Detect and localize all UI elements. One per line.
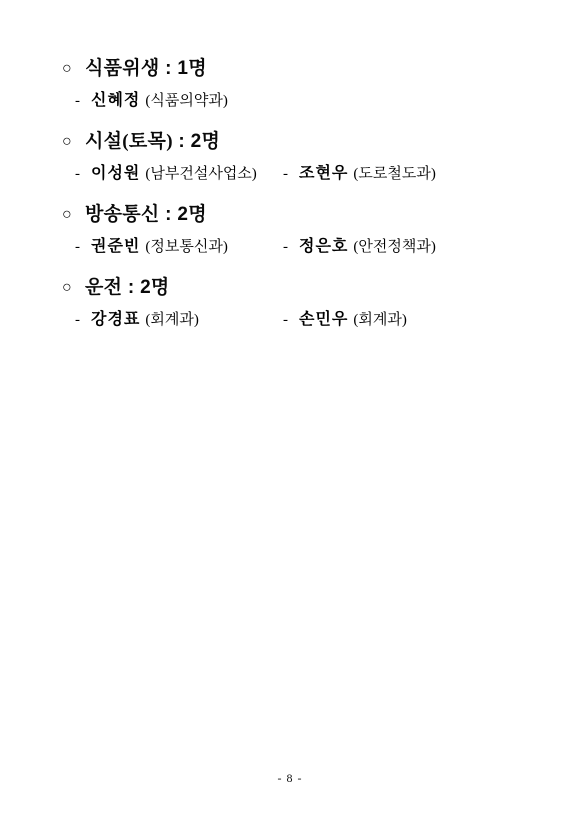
circle-bullet-icon: ○ [62, 203, 72, 227]
section-food-hygiene: ○식품위생 : 1명 -신혜정(식품의약과) [0, 57, 580, 112]
section-heading: ○운전 : 2명 [62, 276, 580, 301]
member-entry: -이성원(남부건설사업소) [75, 163, 283, 185]
section-title-paren: (토목) [122, 131, 173, 152]
section-title: 방송통신 [85, 204, 160, 225]
member-entry: -권준빈(정보통신과) [75, 236, 283, 258]
dash-bullet: - [75, 236, 80, 258]
member-entry: -손민우(회계과) [283, 309, 407, 331]
member-row: -이성원(남부건설사업소) -조현우(도로철도과) [75, 163, 580, 185]
member-department: (회계과) [145, 312, 198, 328]
circle-bullet-icon: ○ [62, 57, 72, 81]
member-entry: -강경표(회계과) [75, 309, 283, 331]
document-page: ○식품위생 : 1명 -신혜정(식품의약과) ○시설(토목) : 2명 -이성원… [0, 0, 580, 820]
member-name: 조현우 [299, 165, 348, 182]
page-number: - 8 - [0, 771, 580, 786]
member-row: -강경표(회계과) -손민우(회계과) [75, 309, 580, 331]
section-title: 운전 [85, 277, 122, 298]
circle-bullet-icon: ○ [62, 130, 72, 154]
member-department: (식품의약과) [145, 93, 227, 109]
section-broadcast-communications: ○방송통신 : 2명 -권준빈(정보통신과) -정은호(안전정책과) [0, 203, 580, 258]
member-entry: -조현우(도로철도과) [283, 163, 436, 185]
dash-bullet: - [75, 309, 80, 331]
section-count: : 1명 [160, 58, 207, 79]
dash-bullet: - [283, 236, 288, 258]
member-name: 신혜정 [91, 92, 140, 109]
member-entry: -신혜정(식품의약과) [75, 90, 228, 112]
member-name: 이성원 [91, 165, 140, 182]
member-department: (안전정책과) [353, 239, 435, 255]
section-heading: ○시설(토목) : 2명 [62, 130, 580, 155]
section-heading: ○식품위생 : 1명 [62, 57, 580, 82]
member-row: -신혜정(식품의약과) [75, 90, 580, 112]
section-facilities-civil: ○시설(토목) : 2명 -이성원(남부건설사업소) -조현우(도로철도과) [0, 130, 580, 185]
section-count: : 2명 [160, 204, 207, 225]
member-entry: -정은호(안전정책과) [283, 236, 436, 258]
dash-bullet: - [283, 309, 288, 331]
member-department: (도로철도과) [353, 166, 435, 182]
member-department: (남부건설사업소) [145, 166, 256, 182]
member-name: 강경표 [91, 311, 140, 328]
member-department: (회계과) [353, 312, 406, 328]
section-driving: ○운전 : 2명 -강경표(회계과) -손민우(회계과) [0, 276, 580, 331]
member-name: 정은호 [299, 238, 348, 255]
section-count: : 2명 [122, 277, 169, 298]
member-name: 손민우 [299, 311, 348, 328]
member-name: 권준빈 [91, 238, 140, 255]
section-title: 식품위생 [85, 58, 160, 79]
section-count: : 2명 [173, 131, 220, 152]
dash-bullet: - [75, 90, 80, 112]
dash-bullet: - [75, 163, 80, 185]
dash-bullet: - [283, 163, 288, 185]
member-department: (정보통신과) [145, 239, 227, 255]
section-heading: ○방송통신 : 2명 [62, 203, 580, 228]
section-title: 시설 [85, 131, 122, 152]
circle-bullet-icon: ○ [62, 276, 72, 300]
member-row: -권준빈(정보통신과) -정은호(안전정책과) [75, 236, 580, 258]
